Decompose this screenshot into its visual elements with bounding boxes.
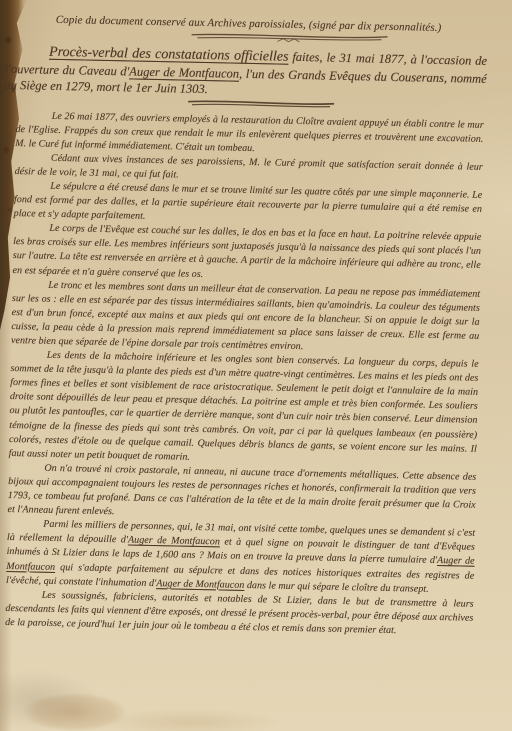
body-paragraph: On n'a trouvé ni croix pastorale, ni ann… [0,460,490,527]
title-bishop-name: Auger de Montfaucon [129,64,239,80]
body-paragraph: Parmi les milliers de personnes, qui, le… [0,517,489,598]
flourish-underline [186,97,336,109]
document-title: Procès-verbal des constatations officiel… [0,39,499,104]
manuscript-sheet: Copie du document conservé aux Archives … [0,0,500,640]
manuscript-photo: Copie du document conservé aux Archives … [0,0,512,731]
body-paragraph: Le corps de l'Evêque est couché sur les … [0,221,495,288]
document-body: Le 26 mai 1877, des ouvriers employés à … [0,108,498,640]
title-lead: Procès-verbal des constatations officiel… [49,45,289,65]
body-paragraph: Le tronc et les membres sont dans un mei… [0,277,494,358]
body-paragraph: Les dents de la mâchoire inférieure et l… [0,348,493,471]
